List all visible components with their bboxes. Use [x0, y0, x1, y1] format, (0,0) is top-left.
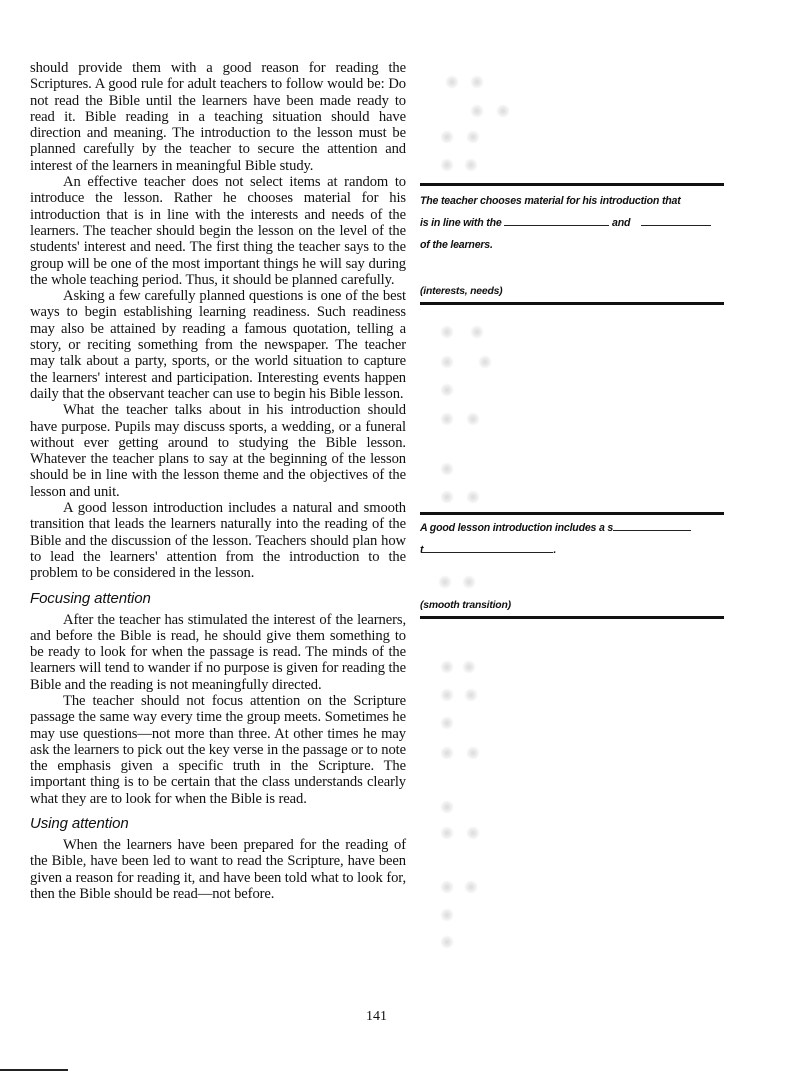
- bottom-rule: [420, 616, 724, 619]
- sidebar-exercise-2: A good lesson introduction includes a s …: [420, 512, 724, 619]
- answer-text: (interests, needs): [420, 280, 724, 302]
- prompt-text: A good lesson introduction includes a s: [420, 522, 613, 534]
- book-page: should provide them with a good reason f…: [0, 0, 799, 1071]
- exercise-fill-line: is in line with the and: [420, 212, 724, 234]
- fill-in-blank-t[interactable]: [423, 541, 553, 553]
- top-rule: [420, 512, 724, 515]
- body-paragraph: A good lesson introduction includes a na…: [30, 500, 406, 581]
- prompt-text: is in line with the: [420, 217, 502, 229]
- main-text-column: should provide them with a good reason f…: [30, 60, 406, 902]
- top-rule: [420, 183, 724, 186]
- exercise-prompt-line: The teacher chooses material for his int…: [420, 190, 724, 212]
- section-heading-using-attention: Using attention: [30, 815, 406, 833]
- fill-in-blank-1[interactable]: [504, 214, 609, 226]
- exercise-fill-line: t.: [420, 539, 724, 561]
- body-paragraph: What the teacher talks about in his intr…: [30, 402, 406, 500]
- exercise-prompt-line: of the learners.: [420, 234, 724, 256]
- sidebar-exercise-1: The teacher chooses material for his int…: [420, 183, 724, 305]
- section-heading-focusing-attention: Focusing attention: [30, 590, 406, 608]
- body-paragraph: After the teacher has stimulated the int…: [30, 612, 406, 693]
- exercise-fill-line: A good lesson introduction includes a s: [420, 517, 724, 539]
- body-paragraph: should provide them with a good reason f…: [30, 60, 406, 174]
- prompt-text: and: [612, 217, 630, 229]
- body-paragraph: When the learners have been prepared for…: [30, 837, 406, 902]
- body-paragraph: Asking a few carefully planned questions…: [30, 288, 406, 402]
- body-paragraph: The teacher should not focus attention o…: [30, 693, 406, 807]
- fill-in-blank-2[interactable]: [641, 214, 711, 226]
- fill-in-blank-s[interactable]: [613, 519, 691, 531]
- answer-text: (smooth transition): [420, 594, 724, 616]
- bottom-rule: [420, 302, 724, 305]
- body-paragraph: An effective teacher does not select ite…: [30, 174, 406, 288]
- page-number: 141: [366, 1009, 387, 1025]
